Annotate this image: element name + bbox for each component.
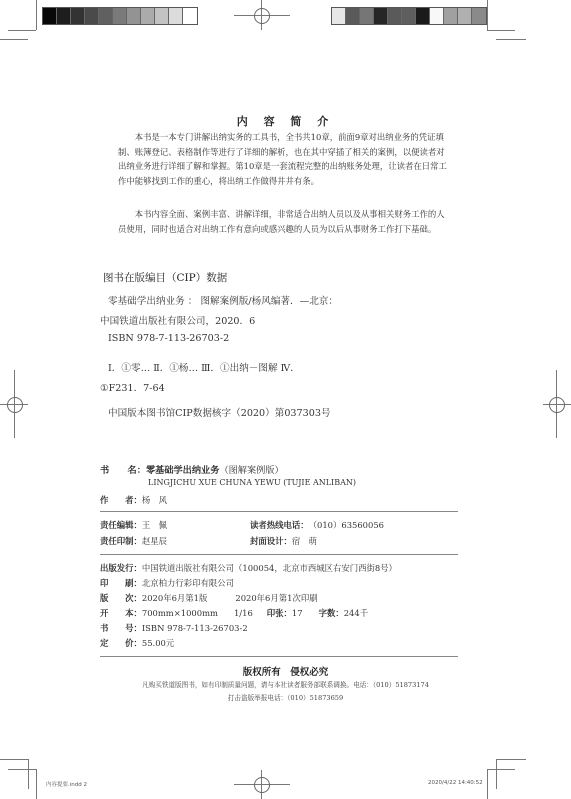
isbn-label: 书 号： bbox=[100, 622, 142, 634]
cip-line-5: ①F231．7-64 bbox=[100, 380, 165, 394]
cip-line-1: 零基础学出纳业务 ： 图解案例版/杨风编著．—北京： bbox=[108, 293, 338, 307]
color-swatch bbox=[113, 8, 127, 24]
crop-mark-bottom-right-h2 bbox=[487, 769, 515, 770]
hotline-label: 读者热线电话： bbox=[250, 519, 309, 531]
editor-name: 王 佩 bbox=[142, 520, 167, 530]
book-author-row: 作 者：杨 风 bbox=[100, 494, 167, 506]
registration-circle-right bbox=[549, 397, 565, 413]
color-swatch bbox=[402, 8, 416, 24]
summary-paragraph-2: 本书内容全面、案例丰富、讲解详细，非常适合出纳人员以及从事相关财务工作的人员使用… bbox=[118, 207, 450, 236]
book-pinyin: LINGJICHU XUE CHUNA YEWU (TUJIE ANLIBAN) bbox=[148, 478, 356, 487]
edition-row: 版 次：2020年6月第1版2020年6月第1次印刷 bbox=[100, 592, 318, 604]
cip-line-2: 中国铁道出版社有限公司，2020．6 bbox=[100, 313, 255, 327]
footer-timestamp: 2020/4/22 14:40:52 bbox=[428, 780, 483, 786]
crop-mark-top-left-v bbox=[36, 0, 37, 30]
summary-paragraph-1: 本书是一本专门讲解出纳实务的工具书，全书共10章，前面9章对出纳业务的凭证填制、… bbox=[118, 130, 450, 188]
copyright-heading: 版权所有 侵权必究 bbox=[0, 664, 571, 678]
printer: 北京柏力行彩印有限公司 bbox=[142, 578, 234, 588]
crop-mark-bottom-right-v2 bbox=[487, 769, 488, 799]
publisher-label: 出版发行： bbox=[100, 562, 142, 574]
price-label: 定 价： bbox=[100, 637, 142, 649]
format: 700mm×1000mm bbox=[142, 608, 218, 618]
color-swatch bbox=[416, 8, 430, 24]
crop-mark-bottom-left-h2 bbox=[8, 769, 36, 770]
color-swatch bbox=[346, 8, 360, 24]
color-swatch bbox=[85, 8, 99, 24]
crop-mark-bottom-left-v bbox=[28, 759, 29, 789]
publisher-row: 出版发行：中国铁道出版社有限公司（100054，北京市西城区右安门西街8号） bbox=[100, 562, 397, 574]
color-swatch bbox=[183, 8, 197, 24]
printer-label: 印 刷： bbox=[100, 577, 142, 589]
printer-row: 印 刷：北京柏力行彩印有限公司 bbox=[100, 577, 234, 589]
publisher: 中国铁道出版社有限公司（100054，北京市西城区右安门西街8号） bbox=[142, 563, 397, 573]
divider-3 bbox=[100, 656, 458, 657]
words: 244千 bbox=[344, 608, 368, 618]
book-title-suffix: （图解案例版） bbox=[219, 465, 283, 476]
crop-mark-bottom-right-h bbox=[496, 759, 526, 760]
editor-label: 责任编辑： bbox=[100, 519, 142, 531]
hotline-number: （010）63560056 bbox=[309, 520, 384, 530]
price: 55.00元 bbox=[142, 638, 174, 648]
cip-line-6: 中国版本图书馆CIP数据核字（2020）第037303号 bbox=[108, 405, 331, 419]
edition-label: 版 次： bbox=[100, 592, 142, 604]
format-row: 开 本：700mm×1000mm1/16印张：17字数：244千 bbox=[100, 607, 368, 619]
edition: 2020年6月第1版 bbox=[142, 593, 207, 603]
registration-circle-top bbox=[254, 8, 270, 24]
cip-line-3: ISBN 978-7-113-26703-2 bbox=[108, 333, 229, 344]
crop-mark-bottom-left-h bbox=[0, 759, 28, 760]
color-swatch bbox=[43, 8, 57, 24]
crop-mark-bottom-left-v2 bbox=[36, 769, 37, 799]
color-swatch bbox=[458, 8, 472, 24]
printing-manager-row: 责任印制：赵星辰 bbox=[100, 535, 167, 547]
color-swatch bbox=[71, 8, 85, 24]
book-author: 杨 风 bbox=[142, 495, 167, 505]
book-title: 零基础学出纳业务 bbox=[146, 465, 220, 476]
color-calibration-bar-right bbox=[331, 7, 487, 25]
book-title-label: 书 名： bbox=[100, 462, 146, 476]
color-swatch bbox=[430, 8, 444, 24]
divider-1 bbox=[100, 511, 458, 512]
crop-mark-top-left-h bbox=[8, 30, 36, 31]
cip-heading: 图书在版编目（CIP）数据 bbox=[103, 270, 227, 285]
color-swatch bbox=[141, 8, 155, 24]
price-row: 定 价：55.00元 bbox=[100, 637, 174, 649]
cip-line-4: Ⅰ．①零… Ⅱ．①杨… Ⅲ．①出纳－图解 Ⅳ． bbox=[108, 360, 300, 374]
crop-mark-top-right-v bbox=[487, 0, 488, 30]
cover-design-label: 封面设计： bbox=[250, 535, 292, 547]
cover-designer-name: 宿 萌 bbox=[292, 536, 317, 546]
piracy-hotline: 打击盗版举报电话：（010）51873659 bbox=[0, 692, 571, 702]
isbn: ISBN 978-7-113-26703-2 bbox=[142, 623, 248, 633]
format-label: 开 本： bbox=[100, 607, 142, 619]
color-swatch bbox=[388, 8, 402, 24]
color-swatch bbox=[155, 8, 169, 24]
color-swatch bbox=[472, 8, 486, 24]
color-swatch bbox=[360, 8, 374, 24]
isbn-row: 书 号：ISBN 978-7-113-26703-2 bbox=[100, 622, 248, 634]
cover-design-row: 封面设计：宿 萌 bbox=[250, 535, 317, 547]
words-label: 字数： bbox=[319, 607, 344, 619]
registration-circle-left bbox=[7, 397, 23, 413]
sheets: 17 bbox=[292, 608, 303, 618]
editor-row: 责任编辑：王 佩 bbox=[100, 519, 167, 531]
color-swatch bbox=[127, 8, 141, 24]
color-swatch bbox=[374, 8, 388, 24]
footer-filename: 内容提要.indd 2 bbox=[46, 780, 87, 788]
copyright-notice: 凡购买铁道版图书，如有印制质量问题，请与本社读者服务部联系调换。电话：（010）… bbox=[0, 679, 571, 689]
printing-manager-label: 责任印制： bbox=[100, 535, 142, 547]
printing-number: 2020年6月第1次印刷 bbox=[235, 593, 317, 603]
color-swatch bbox=[57, 8, 71, 24]
color-swatch bbox=[99, 8, 113, 24]
crop-mark-top-right-h bbox=[487, 30, 515, 31]
crop-mark-bottom-right-v bbox=[496, 759, 497, 789]
registration-circle-bottom bbox=[254, 777, 270, 793]
sheets-label: 印张： bbox=[267, 607, 292, 619]
printing-manager-name: 赵星辰 bbox=[142, 536, 167, 546]
divider-2 bbox=[100, 554, 458, 555]
book-author-label: 作 者： bbox=[100, 494, 142, 506]
color-swatch bbox=[444, 8, 458, 24]
summary-title: 内 容 简 介 bbox=[0, 113, 571, 129]
color-calibration-bar-left bbox=[42, 7, 198, 25]
book-title-row: 书 名：零基础学出纳业务（图解案例版） bbox=[100, 462, 284, 476]
color-swatch bbox=[169, 8, 183, 24]
crop-mark-top-right-h2 bbox=[496, 39, 526, 40]
format-ratio: 1/16 bbox=[234, 608, 253, 618]
crop-mark-top-left-h2 bbox=[0, 39, 28, 40]
color-swatch bbox=[332, 8, 346, 24]
hotline-row: 读者热线电话：（010）63560056 bbox=[250, 519, 384, 531]
